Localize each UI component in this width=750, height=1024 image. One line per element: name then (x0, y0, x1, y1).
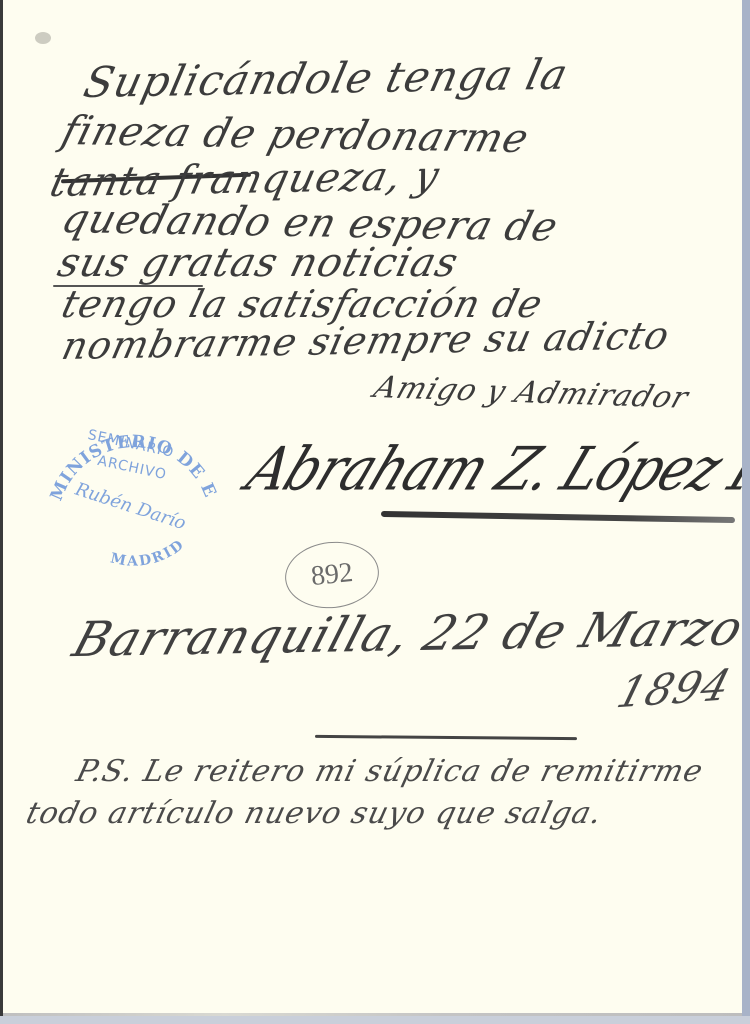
reference-number: 892 (309, 557, 354, 593)
stamp-handwritten-name: Rubén Darío (73, 479, 189, 535)
postscript-line-2: todo artículo nuevo suyo que salga. (23, 796, 606, 831)
body-line-1: Suplicándole tenga la (79, 49, 573, 107)
separator-stroke (315, 735, 577, 740)
scan-background-edge (0, 1016, 750, 1024)
body-line-2: fineza de perdonarme (57, 108, 534, 162)
body-line-5: sus gratas noticias (53, 240, 463, 286)
ink-smudge (35, 32, 51, 44)
dateline-year: 1894 (612, 660, 737, 718)
archive-stamp: MINISTERIO DE EDUCACION NACIONAL MADRID … (39, 392, 229, 582)
scan-background-edge (742, 0, 750, 1024)
dateline-place-date: Barranquilla, 22 de Marzo (66, 600, 750, 668)
body-line-7: nombrarme siempre su adicto (58, 313, 674, 368)
signature-underline (381, 511, 735, 523)
letter-page: Suplicándole tenga la fineza de perdonar… (0, 0, 742, 1016)
signature: Abraham Z. López Penha (237, 436, 750, 505)
postscript-line-1: P.S. Le reitero mi súplica de remitirme (73, 754, 707, 789)
closing-salutation: Amigo y Admirador (369, 370, 693, 416)
reference-number-badge: 892 (282, 537, 382, 612)
